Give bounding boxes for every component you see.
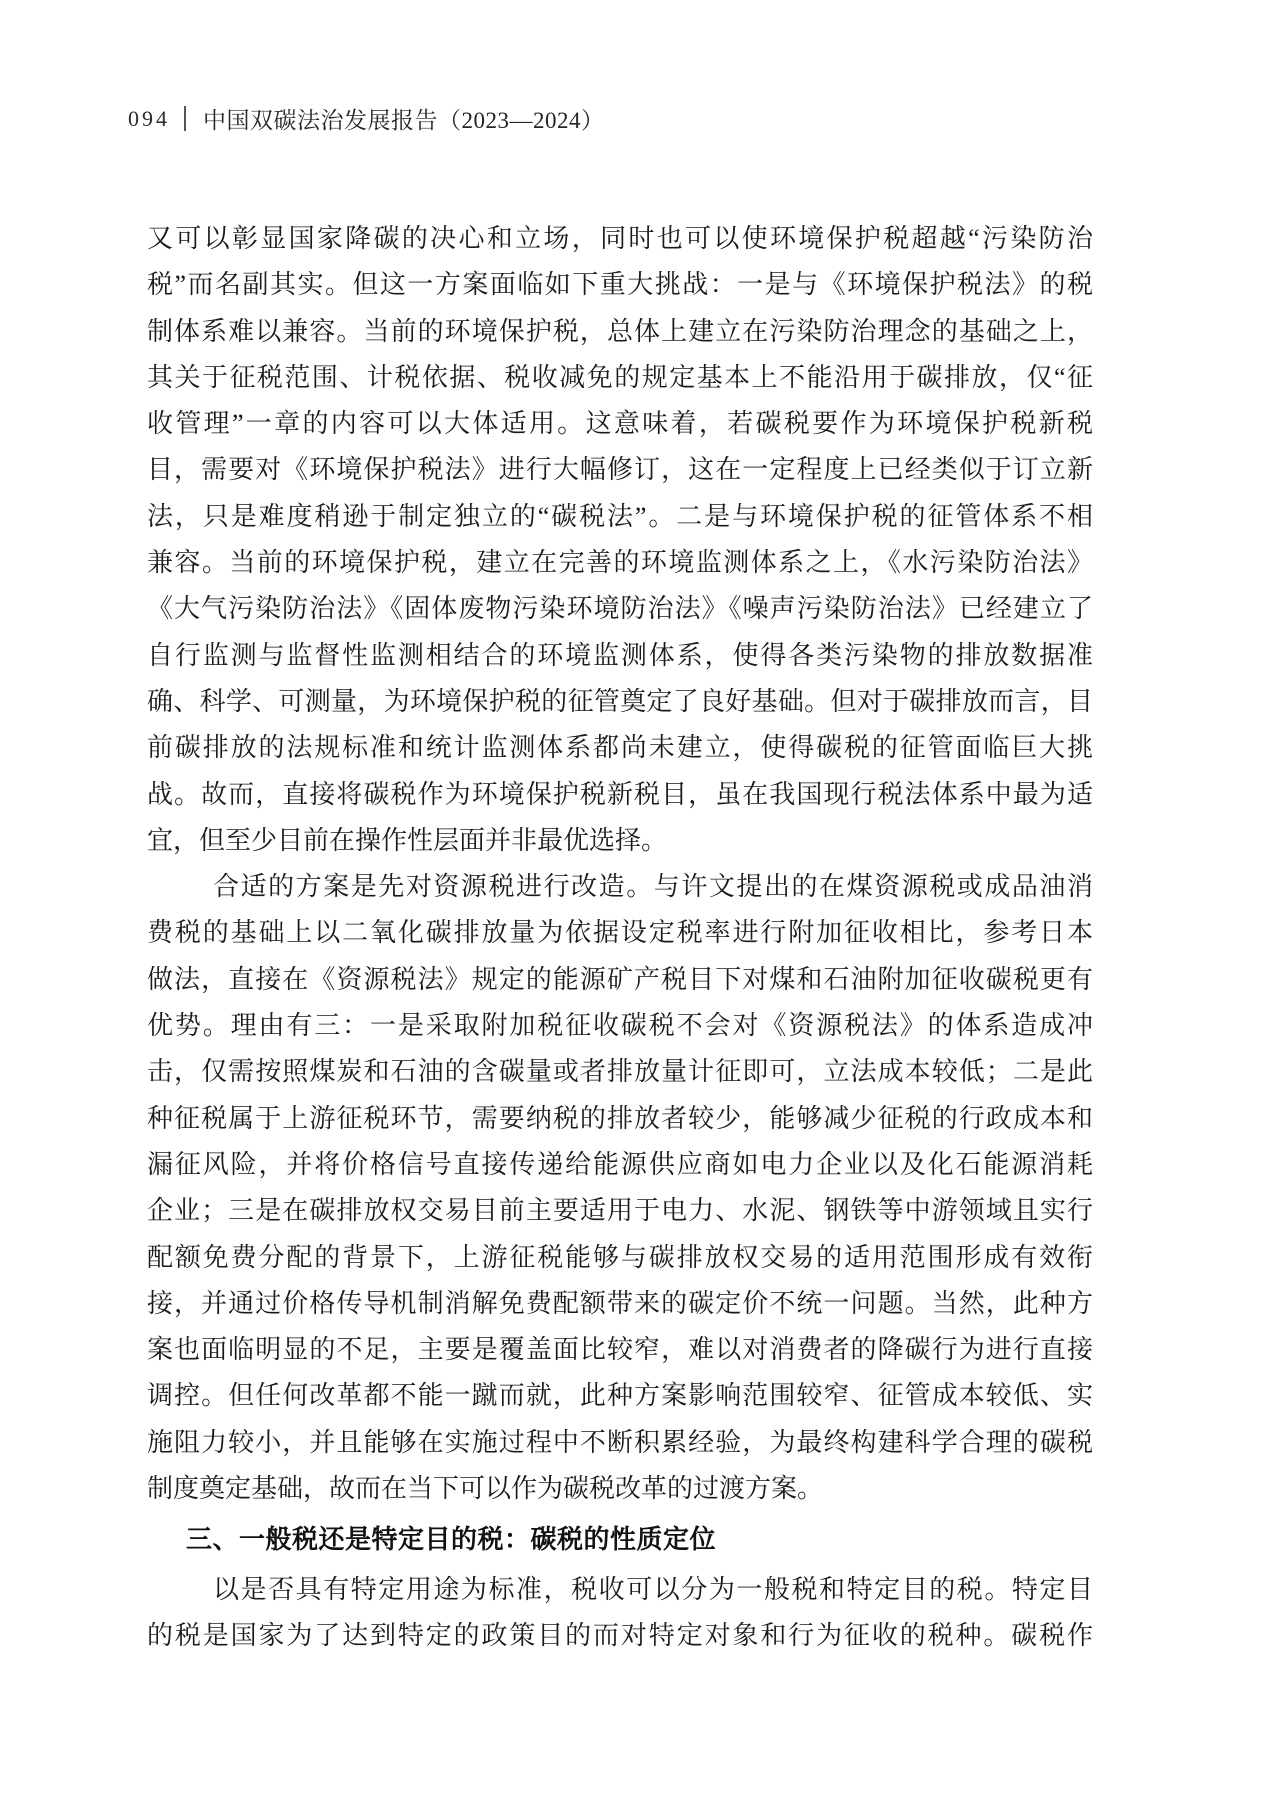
text-line: 收管理”一章的内容可以大体适用。这意味着，若碳税要作为环境保护税新税 <box>147 401 1093 447</box>
text-line: 宜，但至少目前在操作性层面并非最优选择。 <box>147 818 1093 864</box>
text-line: 合适的方案是先对资源税进行改造。与许文提出的在煤资源税或成品油消 <box>147 864 1093 910</box>
paragraph: 合适的方案是先对资源税进行改造。与许文提出的在煤资源税或成品油消费税的基础上以二… <box>147 864 1093 1512</box>
text-line: 案也面临明显的不足，主要是覆盖面比较窄，难以对消费者的降碳行为进行直接 <box>147 1327 1093 1373</box>
text-line: 确、科学、可测量，为环境保护税的征管奠定了良好基础。但对于碳排放而言，目 <box>147 679 1093 725</box>
text-line: 调控。但任何改革都不能一蹴而就，此种方案影响范围较窄、征管成本较低、实 <box>147 1373 1093 1419</box>
text-line: 费税的基础上以二氧化碳排放量为依据设定税率进行附加征收相比，参考日本 <box>147 910 1093 956</box>
text-line: 配额免费分配的背景下，上游征税能够与碳排放权交易的适用范围形成有效衔 <box>147 1235 1093 1281</box>
text-line: 法，只是难度稍逊于制定独立的“碳税法”。二是与环境保护税的征管体系不相 <box>147 494 1093 540</box>
text-line: 自行监测与监督性监测相结合的环境监测体系，使得各类污染物的排放数据准 <box>147 633 1093 679</box>
text-line: 做法，直接在《资源税法》规定的能源矿产税目下对煤和石油附加征收碳税更有 <box>147 957 1093 1003</box>
text-line: 税”而名副其实。但这一方案面临如下重大挑战：一是与《环境保护税法》的税 <box>147 262 1093 308</box>
text-line: 战。故而，直接将碳税作为环境保护税新税目，虽在我国现行税法体系中最为适 <box>147 772 1093 818</box>
text-line: 接，并通过价格传导机制消解免费配额带来的碳定价不统一问题。当然，此种方 <box>147 1281 1093 1327</box>
text-line: 漏征风险，并将价格信号直接传递给能源供应商如电力企业以及化石能源消耗 <box>147 1142 1093 1188</box>
text-line: 的税是国家为了达到特定的政策目的而对特定对象和行为征收的税种。碳税作 <box>147 1613 1093 1659</box>
text-line: 兼容。当前的环境保护税，建立在完善的环境监测体系之上，《水污染防治法》 <box>147 540 1093 586</box>
text-line: 施阻力较小，并且能够在实施过程中不断积累经验，为最终构建科学合理的碳税 <box>147 1420 1093 1466</box>
paragraph: 以是否具有特定用途为标准，税收可以分为一般税和特定目的税。特定目的税是国家为了达… <box>147 1567 1093 1660</box>
book-page: 094 中国双碳法治发展报告（2023—2024） 又可以彰显国家降碳的决心和立… <box>0 0 1269 1804</box>
paragraph: 又可以彰显国家降碳的决心和立场，同时也可以使环境保护税超越“污染防治税”而名副其… <box>147 216 1093 864</box>
text-line: 击，仅需按照煤炭和石油的含碳量或者排放量计征即可，立法成本较低；二是此 <box>147 1049 1093 1095</box>
text-line: 制度奠定基础，故而在当下可以作为碳税改革的过渡方案。 <box>147 1466 1093 1512</box>
text-line: 以是否具有特定用途为标准，税收可以分为一般税和特定目的税。特定目 <box>147 1567 1093 1613</box>
running-head-title: 中国双碳法治发展报告（2023—2024） <box>203 102 605 135</box>
running-header: 094 中国双碳法治发展报告（2023—2024） <box>128 102 605 135</box>
text-line: 种征税属于上游征税环节，需要纳税的排放者较少，能够减少征税的行政成本和 <box>147 1096 1093 1142</box>
text-line: 其关于征税范围、计税依据、税收减免的规定基本上不能沿用于碳排放，仅“征 <box>147 355 1093 401</box>
text-line: 《大气污染防治法》《固体废物污染环境防治法》《噪声污染防治法》已经建立了 <box>147 586 1093 632</box>
text-line: 目，需要对《环境保护税法》进行大幅修订，这在一定程度上已经类似于订立新 <box>147 447 1093 493</box>
section-heading: 三、一般税还是特定目的税：碳税的性质定位 <box>147 1516 1093 1562</box>
text-line: 前碳排放的法规标准和统计监测体系都尚未建立，使得碳税的征管面临巨大挑 <box>147 725 1093 771</box>
text-line: 又可以彰显国家降碳的决心和立场，同时也可以使环境保护税超越“污染防治 <box>147 216 1093 262</box>
text-line: 企业；三是在碳排放权交易目前主要适用于电力、水泥、钢铁等中游领域且实行 <box>147 1188 1093 1234</box>
text-line: 制体系难以兼容。当前的环境保护税，总体上建立在污染防治理念的基础之上， <box>147 309 1093 355</box>
text-line: 优势。理由有三：一是采取附加税征收碳税不会对《资源税法》的体系造成冲 <box>147 1003 1093 1049</box>
body-text: 又可以彰显国家降碳的决心和立场，同时也可以使环境保护税超越“污染防治税”而名副其… <box>147 216 1093 1659</box>
page-number: 094 <box>128 106 170 132</box>
header-divider-line <box>184 106 186 131</box>
